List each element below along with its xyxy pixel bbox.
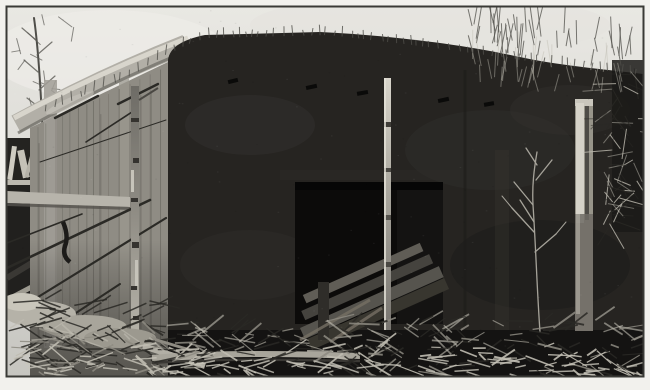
right-post [575,99,593,331]
scanned-photo-page [0,0,650,390]
center-pole [384,78,391,330]
bunker-photograph [0,0,650,390]
photo-canvas [0,0,650,390]
board-post [318,282,329,340]
